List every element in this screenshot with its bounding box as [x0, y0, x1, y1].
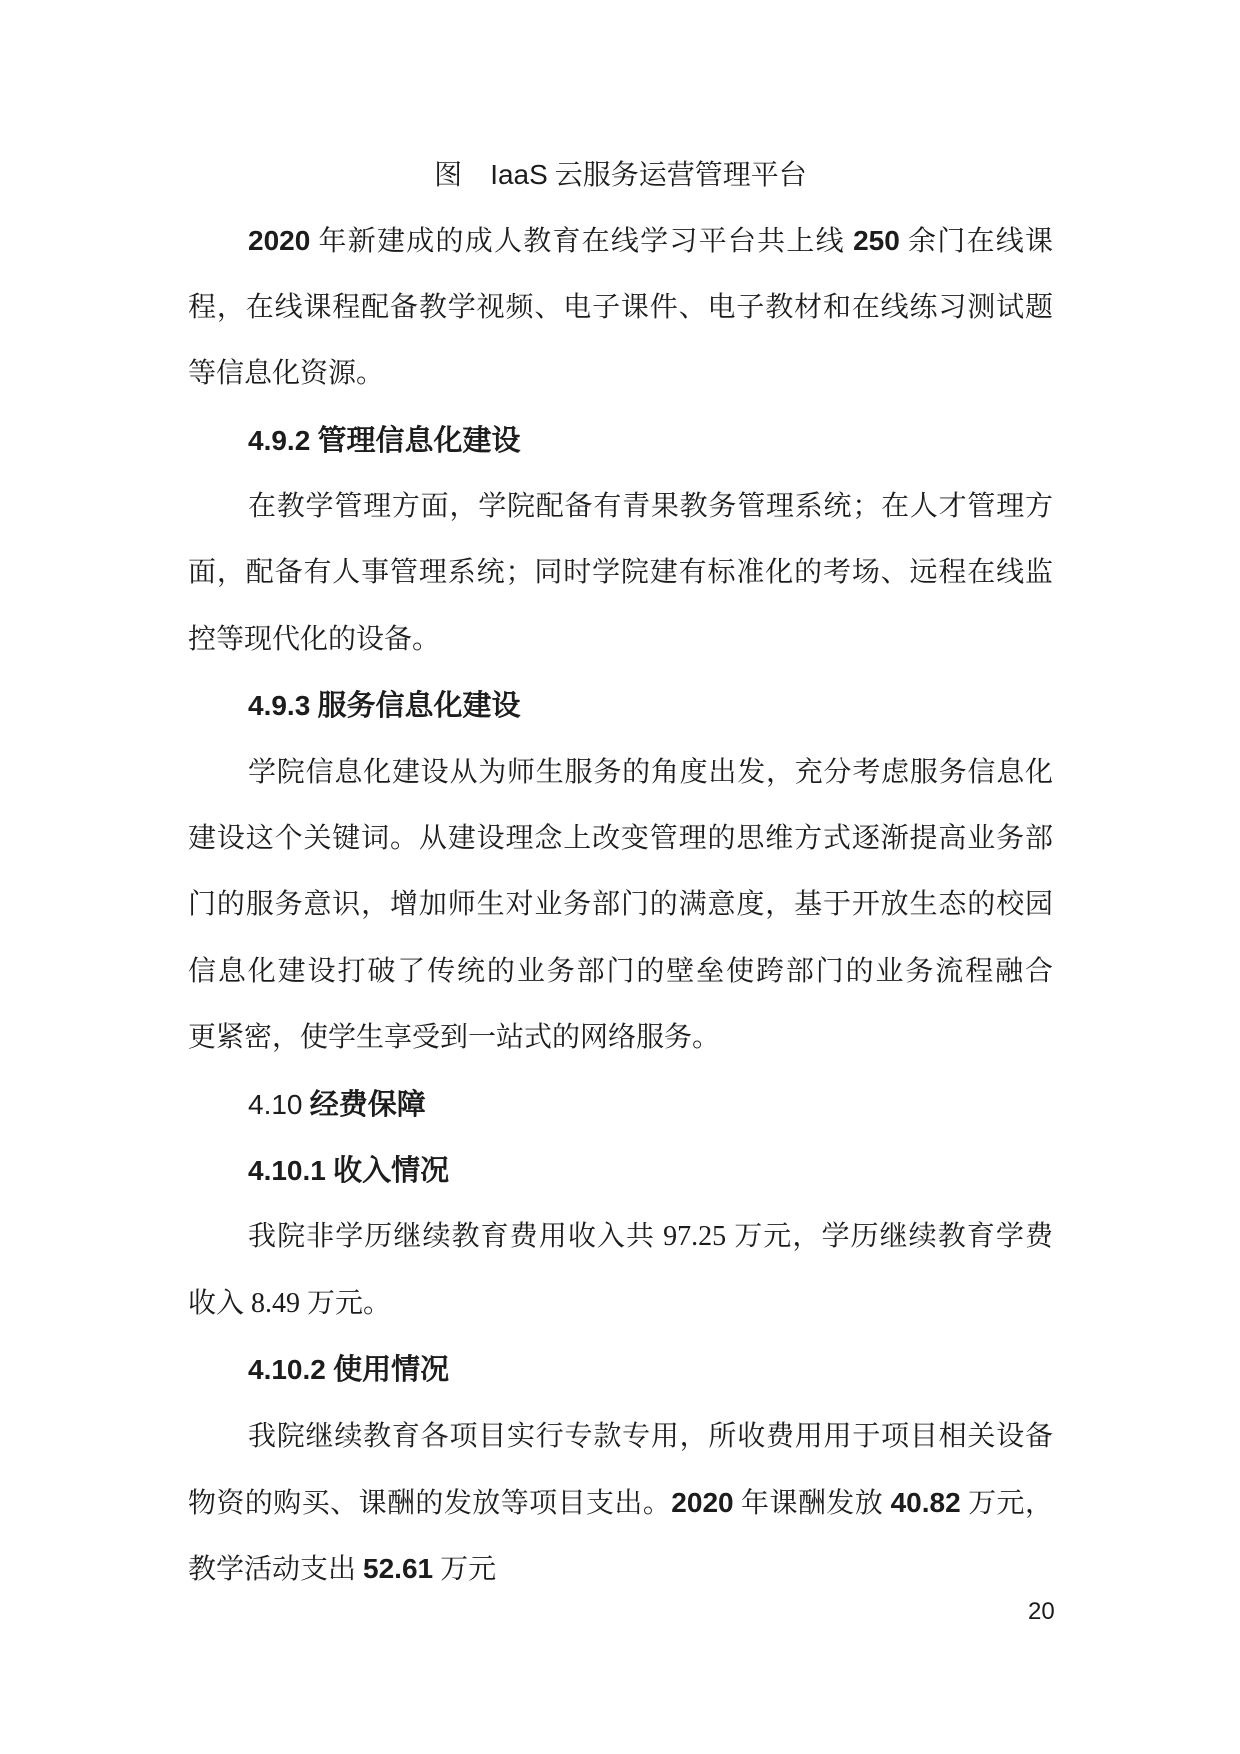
text-run: 我院非学历继续教育费用收入共	[248, 1221, 663, 1252]
text-run: 97.25	[663, 1221, 726, 1252]
text-run: 控等现代化的设备。	[188, 624, 440, 655]
text-run: 年新建成的成人教育在线学习平台共上线	[310, 226, 853, 257]
heading-line: 4.10 经费保障	[248, 1085, 1053, 1126]
heading-line: 4.9.2 管理信息化建设	[248, 421, 1053, 462]
text-run: 4.9.3	[248, 690, 310, 721]
text-run: 余门在线课	[900, 226, 1053, 257]
text-run: 8.49	[251, 1288, 300, 1319]
text-run: 物资的购买、课酬的发放等项目支出。	[188, 1488, 671, 1519]
text-line: 教学活动支出 52.61 万元	[188, 1549, 1053, 1590]
document-page: 20 图 IaaS 云服务运营管理平台2020 年新建成的成人教育在线学习平台共…	[0, 0, 1240, 1754]
text-line: 等信息化资源。	[188, 354, 1053, 394]
text-run: IaaS	[490, 159, 548, 190]
text-run: 程，在线课程配备教学视频、电子课件、电子教材和在线练习测试题	[188, 292, 1053, 323]
text-run: 2020	[248, 225, 310, 256]
text-run: 服务信息化建设	[310, 690, 520, 722]
text-line: 面，配备有人事管理系统；同时学院建有标准化的考场、远程在线监	[188, 553, 1053, 593]
text-line: 信息化建设打破了传统的业务部门的壁垒使跨部门的业务流程融合	[188, 952, 1053, 992]
text-line: 在教学管理方面，学院配备有青果教务管理系统；在人才管理方	[248, 487, 1053, 527]
text-line: 我院继续教育各项目实行专款专用，所收费用用于项目相关设备	[248, 1417, 1053, 1457]
text-line: 我院非学历继续教育费用收入共 97.25 万元，学历继续教育学费	[248, 1217, 1053, 1257]
text-run: 管理信息化建设	[310, 425, 520, 457]
text-run: 等信息化资源。	[188, 358, 384, 389]
text-line: 收入 8.49 万元。	[188, 1284, 1053, 1324]
text-line: 建设这个关键词。从建设理念上改变管理的思维方式逐渐提高业务部	[188, 819, 1053, 859]
text-run: 收入情况	[326, 1155, 449, 1187]
text-run: 2020	[671, 1487, 733, 1518]
text-line: 物资的购买、课酬的发放等项目支出。2020 年课酬发放 40.82 万元，	[188, 1483, 1053, 1524]
text-run: 收入	[188, 1288, 251, 1319]
text-run: 4.9.2	[248, 425, 310, 456]
figure-caption: 图 IaaS 云服务运营管理平台	[188, 155, 1053, 196]
heading-line: 4.9.3 服务信息化建设	[248, 686, 1053, 727]
text-run: 250	[853, 225, 900, 256]
text-line: 更紧密，使学生享受到一站式的网络服务。	[188, 1018, 1053, 1058]
text-run: 建设这个关键词。从建设理念上改变管理的思维方式逐渐提高业务部	[188, 823, 1053, 854]
text-line: 2020 年新建成的成人教育在线学习平台共上线 250 余门在线课	[248, 221, 1053, 262]
text-run: 万元。	[300, 1288, 391, 1319]
text-run: 面，配备有人事管理系统；同时学院建有标准化的考场、远程在线监	[188, 557, 1053, 588]
text-line: 门的服务意识，增加师生对业务部门的满意度，基于开放生态的校园	[188, 885, 1053, 925]
text-line: 控等现代化的设备。	[188, 620, 1053, 660]
text-run: 万元，	[961, 1488, 1053, 1519]
text-run: 年课酬发放	[734, 1488, 891, 1519]
text-line: 学院信息化建设从为师生服务的角度出发，充分考虑服务信息化	[248, 753, 1053, 793]
page-number: 20	[1028, 1596, 1055, 1628]
text-run: 在教学管理方面，学院配备有青果教务管理系统；在人才管理方	[248, 491, 1053, 522]
text-run: 4.10	[248, 1089, 303, 1120]
text-run: 万元，学历继续教育学费	[726, 1221, 1053, 1252]
text-run: 使用情况	[326, 1354, 449, 1386]
text-run: 我院继续教育各项目实行专款专用，所收费用用于项目相关设备	[248, 1421, 1053, 1452]
text-line: 程，在线课程配备教学视频、电子课件、电子教材和在线练习测试题	[188, 288, 1053, 328]
text-run: 经费保障	[303, 1089, 426, 1121]
text-run: 教学活动支出	[188, 1554, 363, 1585]
text-run: 云服务运营管理平台	[548, 160, 807, 191]
text-run: 40.82	[891, 1487, 961, 1518]
heading-line: 4.10.2 使用情况	[248, 1350, 1053, 1391]
text-run: 信息化建设打破了传统的业务部门的壁垒使跨部门的业务流程融合	[188, 956, 1053, 987]
text-run: 图	[434, 160, 490, 191]
text-run: 52.61	[363, 1553, 433, 1584]
text-run: 学院信息化建设从为师生服务的角度出发，充分考虑服务信息化	[248, 757, 1053, 788]
text-run: 万元	[433, 1554, 496, 1585]
text-run: 4.10.2	[248, 1354, 326, 1385]
text-run: 门的服务意识，增加师生对业务部门的满意度，基于开放生态的校园	[188, 889, 1053, 920]
text-run: 4.10.1	[248, 1155, 326, 1186]
heading-line: 4.10.1 收入情况	[248, 1151, 1053, 1192]
text-run: 更紧密，使学生享受到一站式的网络服务。	[188, 1022, 720, 1053]
